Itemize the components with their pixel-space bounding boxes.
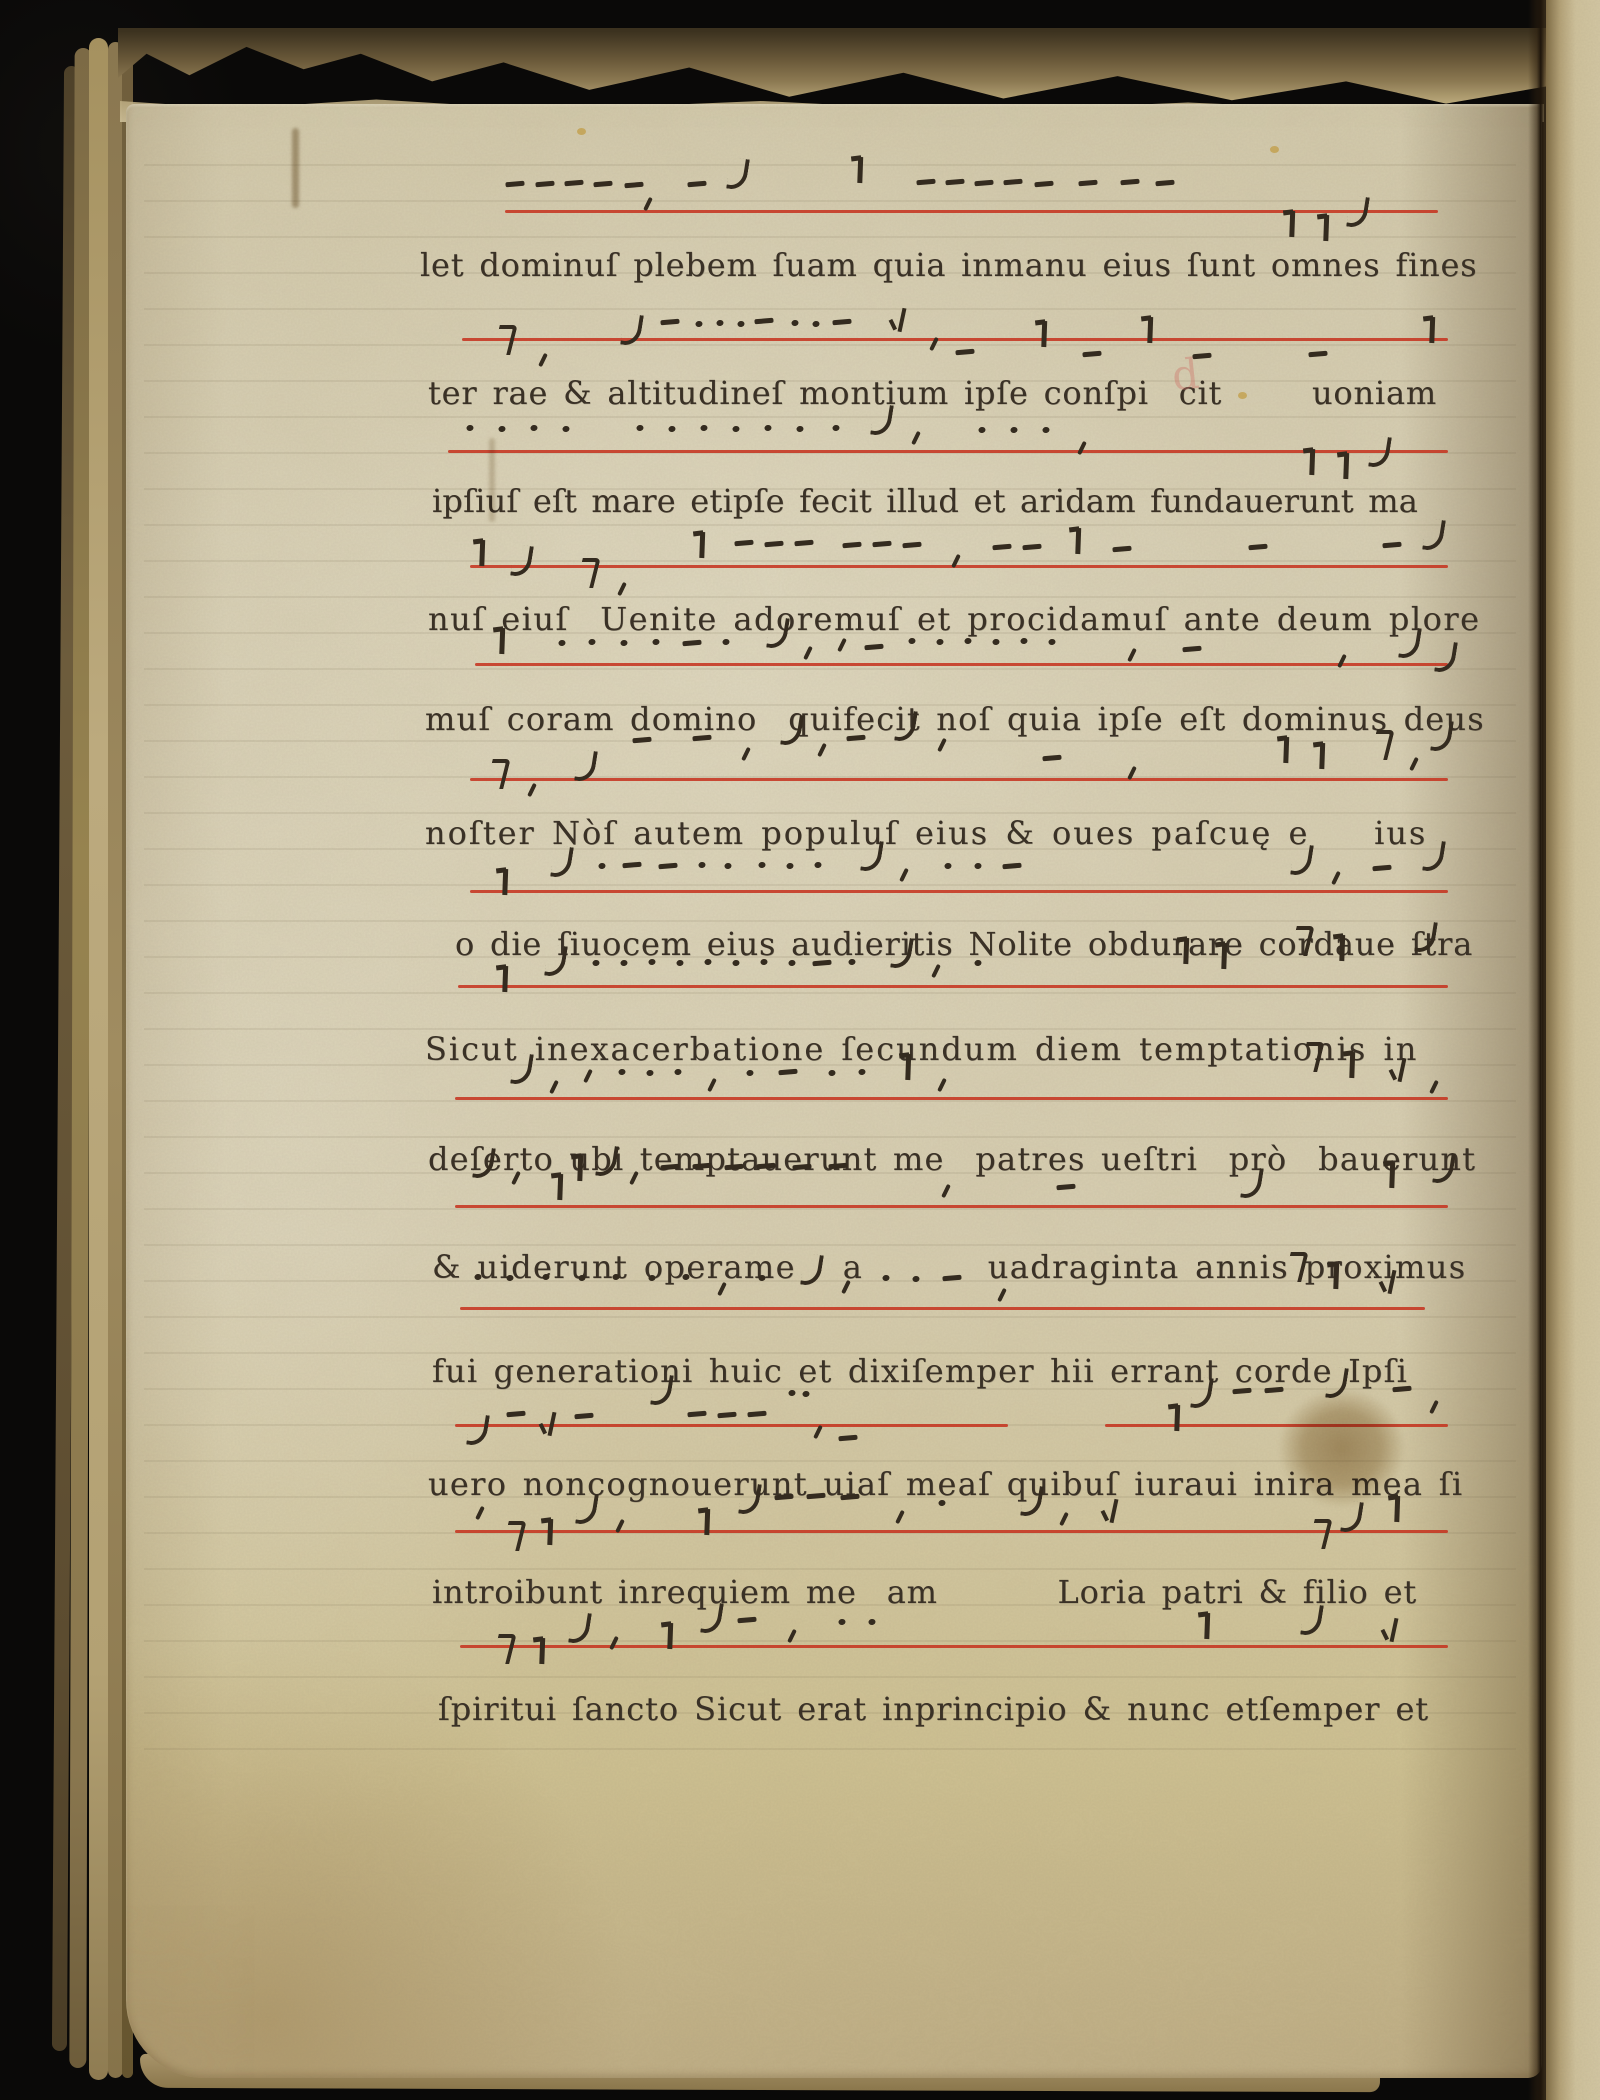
book-page bbox=[126, 104, 1542, 2078]
page-edge-strip bbox=[108, 42, 123, 2078]
manuscript-photo: let dominuſ plebem ſuam quia inmanu eius… bbox=[0, 0, 1600, 2100]
ruling-lines bbox=[144, 130, 1516, 1770]
page-top-curl bbox=[118, 28, 1546, 114]
page-edge-strip bbox=[89, 38, 108, 2080]
facing-page bbox=[1546, 0, 1600, 2100]
